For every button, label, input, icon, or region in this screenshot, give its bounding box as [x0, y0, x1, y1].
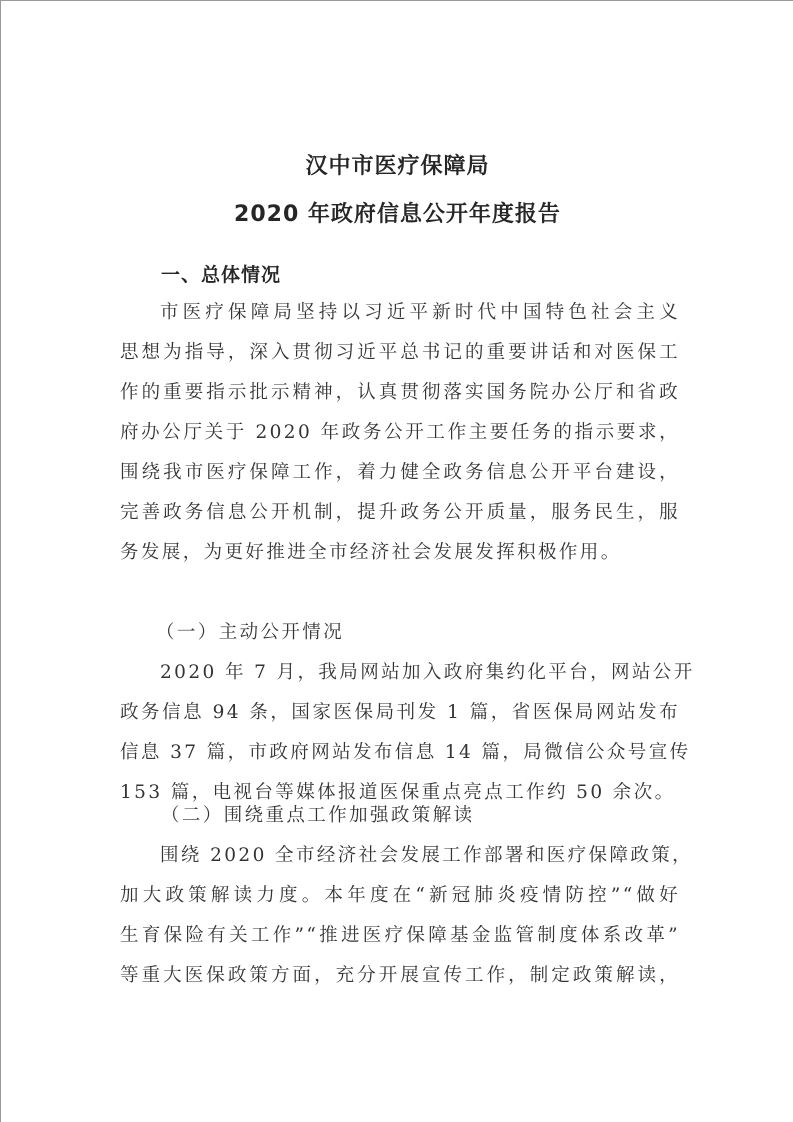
paragraph-line: 府办公厅关于 2020 年政务公开工作主要任务的指示要求，: [120, 413, 680, 453]
paragraph-line: 政务信息 94 条，国家医保局刊发 1 篇，省医保局网站发布: [120, 693, 680, 733]
subsection-heading-policy-interpretation: （二）围绕重点工作加强政策解读: [161, 796, 475, 836]
paragraph-line: 市医疗保障局坚持以习近平新时代中国特色社会主义: [120, 293, 680, 333]
paragraph-line: 完善政务信息公开机制，提升政务公开质量，服务民生，服: [120, 493, 680, 533]
paragraph-line: 作的重要指示批示精神，认真贯彻落实国务院办公厅和省政: [120, 373, 680, 413]
paragraph-line: 等重大医保政策方面，充分开展宣传工作，制定政策解读，: [120, 956, 680, 996]
paragraph-line: 信息 37 篇，市政府网站发布信息 14 篇，局微信公众号宣传: [120, 733, 680, 773]
paragraph-line: 围绕我市医疗保障工作，着力健全政务信息公开平台建设，: [120, 453, 680, 493]
document-page: 汉中市医疗保障局 2020 年政府信息公开年度报告 一、总体情况 市医疗保障局坚…: [0, 0, 793, 1122]
document-title-report: 2020 年政府信息公开年度报告: [1, 197, 793, 228]
policy-interpretation-paragraph: 围绕 2020 全市经济社会发展工作部署和医疗保障政策， 加大政策解读力度。本年…: [120, 836, 680, 996]
paragraph-line: 围绕 2020 全市经济社会发展工作部署和医疗保障政策，: [120, 836, 680, 876]
overview-paragraph: 市医疗保障局坚持以习近平新时代中国特色社会主义 思想为指导，深入贯彻习近平总书记…: [120, 293, 680, 573]
document-title-organization: 汉中市医疗保障局: [1, 149, 793, 180]
proactive-disclosure-paragraph: 2020 年 7 月，我局网站加入政府集约化平台，网站公开 政务信息 94 条，…: [120, 653, 680, 813]
paragraph-line: 2020 年 7 月，我局网站加入政府集约化平台，网站公开: [120, 653, 680, 693]
section-heading-overview: 一、总体情况: [161, 260, 281, 287]
paragraph-line: 加大政策解读力度。本年度在“新冠肺炎疫情防控”“做好: [120, 876, 680, 916]
paragraph-line: 生育保险有关工作”“推进医疗保障基金监管制度体系改革”: [120, 916, 680, 956]
paragraph-line: 务发展，为更好推进全市经济社会发展发挥积极作用。: [120, 533, 680, 573]
subsection-heading-proactive-disclosure: （一）主动公开情况: [156, 613, 344, 653]
paragraph-line: 思想为指导，深入贯彻习近平总书记的重要讲话和对医保工: [120, 333, 680, 373]
